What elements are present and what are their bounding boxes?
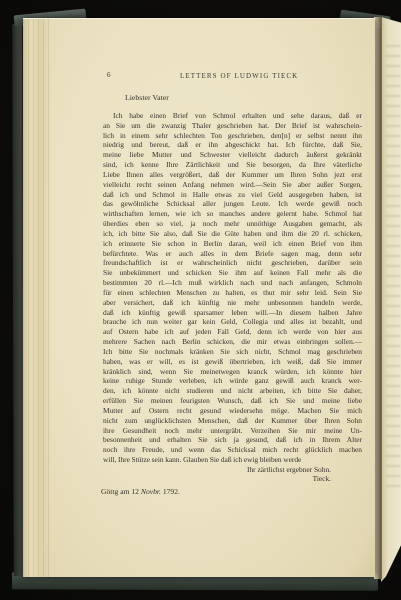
body-line: lich in einem sehr schlechten Ton geschr…: [103, 131, 362, 141]
body-line: das gewöhnliche Schicksal aller jungen L…: [103, 199, 362, 209]
body-line: niedrig und bereut, daß er ihn abgeschic…: [103, 140, 362, 150]
body-line: aber versichert, daß ich künftig nie meh…: [103, 298, 362, 308]
body-line: Sie unbekümmert und schicken Sie ihm auf…: [103, 268, 362, 278]
body-line: für einen schlechten Menschen zu halten,…: [103, 288, 362, 298]
body-line: Liebe Ihnen alles vergrößert, daß der Ku…: [103, 170, 362, 180]
body-line: noch ihre Freude, und wenn das Schicksal…: [103, 445, 362, 455]
body-line: auf Ostern habe ich auf jeden Fall Geld,…: [103, 327, 362, 337]
body-line: ich, ich bitte Sie also, daß Sie die Güt…: [103, 229, 362, 239]
running-header-title: LETTERS OF LUDWIG TIECK: [180, 72, 298, 80]
body-line: daß ich und Schmol in Halle etwas zu vie…: [103, 190, 362, 200]
body-line: den, ich könnte nicht studieren und nich…: [103, 386, 362, 396]
body-line: Mutter auf Ostern recht gesund wiederseh…: [103, 406, 362, 416]
body-line: ihre Gesundheit noch mehr untergräbt. Ve…: [103, 426, 362, 436]
letter-closing: Ihr zärtlichst ergebner Sohn. Tieck.: [104, 465, 331, 485]
page-number: 6: [107, 71, 111, 79]
page-gutter-shadow: [374, 17, 382, 579]
body-line: nicht zum unglücklichsten Menschen, daß …: [103, 416, 362, 426]
body-line: will, Ihre Stütze sein kann. Glauben Sie…: [103, 455, 362, 465]
body-line: ich erinnerte Sie schon in Berlin daran,…: [103, 239, 362, 249]
body-line: befürchtete. Was er auch alles in dem Br…: [103, 249, 362, 259]
body-line: wirthschaften lernen, wie ich so manches…: [103, 209, 362, 219]
body-line: mehrere Sachen nach Berlin schicken, die…: [103, 337, 362, 347]
dateline-place-day: Göttg am 12: [101, 487, 141, 496]
body-line: bestimmten 20 rl.—Ich muß wirklich nach …: [103, 278, 362, 288]
body-line: überdies eben so viel, ja noch mehr unnö…: [103, 219, 362, 229]
dateline: Göttg am 12 Novbr. 1792.: [101, 487, 180, 496]
body-line: sind, ich kenne Ihre Zärtlichkeit und Si…: [103, 160, 362, 170]
letter-body: Ich habe einen Brief von Schmol erhalten…: [103, 111, 362, 465]
dateline-month-abbrev: Novbr.: [141, 487, 161, 496]
facing-page-edge: [381, 17, 401, 582]
page-stack-edges: [23, 19, 51, 577]
body-line: freundschaftlich ist er wahrscheinlich n…: [103, 258, 362, 268]
signature: Tieck.: [104, 474, 331, 484]
scanned-book-photo: 6 LETTERS OF LUDWIG TIECK Liebster Vater…: [0, 0, 401, 600]
salutation: Liebster Vater: [125, 93, 169, 102]
facing-page-showthrough-text: [386, 45, 400, 495]
body-line: daß ich künftig gewiß sparsamer leben wi…: [103, 308, 362, 318]
body-line: Ich bitte Sie nochmals kränken Sie sich …: [103, 347, 362, 357]
body-line: keine ruhige Stunde verleben, ich würde …: [103, 376, 362, 386]
dateline-year: 1792.: [161, 487, 180, 496]
running-header-row: 6 LETTERS OF LUDWIG TIECK: [104, 71, 362, 82]
body-line: besonnenheit und erhalten Sie sich ja ge…: [103, 435, 362, 445]
body-line: meine liebe Mutter und Schwester viellei…: [103, 150, 362, 160]
body-line: vielleicht recht seinen Anfang nehmen wi…: [103, 180, 362, 190]
body-line: Ich habe einen Brief von Schmol erhalten…: [103, 111, 362, 121]
body-line: brauche ich nun weiter gar kein Geld, Co…: [103, 317, 362, 327]
body-line: erfüllen Sie meinen feurigsten Wunsch, d…: [103, 396, 362, 406]
body-line: an Sie um die zwanzig Thaler geschrieben…: [103, 121, 362, 131]
closing-line: Ihr zärtlichst ergebner Sohn.: [104, 465, 331, 475]
body-line: haben, was er will, es ist gewiß übertri…: [103, 357, 362, 367]
book-cover-left-edge: [12, 24, 23, 576]
body-line: kränklich sind, wenn Sie meinetwegen kra…: [103, 367, 362, 377]
